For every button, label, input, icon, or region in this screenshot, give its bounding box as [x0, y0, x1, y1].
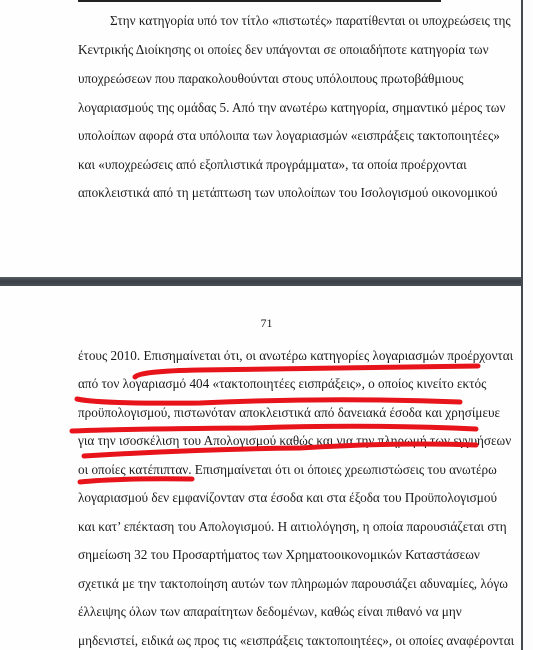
text-line: οι οποίες κατέπιπταν. Επισημαίνεται ότι … [78, 462, 441, 478]
text-line: και «υποχρεώσεις από εξοπλιστικά προγράμ… [78, 157, 441, 173]
text-line: Κεντρικής Διοίκησης οι οποίες δεν υπάγον… [78, 42, 441, 58]
text-line: σημείωση 32 του Προσαρτήματος των Χρηματ… [78, 547, 441, 563]
text-line: έλλειψης όλων των απαραίτητων δεδομένων,… [78, 604, 441, 620]
text-line: υποχρεώσεων που παρακολουθούνται στους υ… [78, 71, 441, 87]
pdf-viewer[interactable]: Στην κατηγορία υπό τον τίτλο «πιστωτές» … [0, 0, 533, 650]
pdf-page-71: έτους 2010. Επισημαίνεται ότι, οι ανωτέρ… [0, 286, 521, 650]
text-line: λογαριασμού δεν εμφανίζονταν στα έσοδα κ… [78, 490, 441, 506]
text-line: μηδενιστεί, ειδικά ως προς τις «εισπράξε… [78, 633, 441, 649]
text-line: Στην κατηγορία υπό τον τίτλο «πιστωτές» … [110, 13, 441, 29]
text-line: από τον λογαριασμό 404 «τακτοποιητέες ει… [78, 376, 441, 392]
text-line: υπολοίπων αφορά στα υπόλοιπα των λογαρια… [78, 128, 441, 144]
viewer-margin [523, 0, 533, 650]
text-line: έτους 2010. Επισημαίνεται ότι, οι ανωτέρ… [78, 348, 441, 364]
text-line: αποκλειστικά από τη μετάπτωση των υπολοί… [78, 185, 441, 201]
text-line: σχετικά με την τακτοποίηση αυτών των πλη… [78, 576, 441, 592]
text-line: και κατ’ επέκταση του Απολογισμού. Η αιτ… [78, 519, 441, 535]
pdf-page-70: Στην κατηγορία υπό τον τίτλο «πιστωτές» … [0, 0, 521, 277]
text-line: για την ισοσκέλιση του Απολογισμού καθώς… [78, 433, 441, 449]
text-line: προϋπολογισμού, πιστωνόταν αποκλειστικά … [78, 405, 441, 421]
page-number: 71 [0, 316, 533, 331]
page-separator [0, 277, 533, 286]
text-line: λογαριασμούς της ομάδας 5. Από την ανωτέ… [78, 100, 441, 116]
page-top-rule [78, 0, 441, 2]
